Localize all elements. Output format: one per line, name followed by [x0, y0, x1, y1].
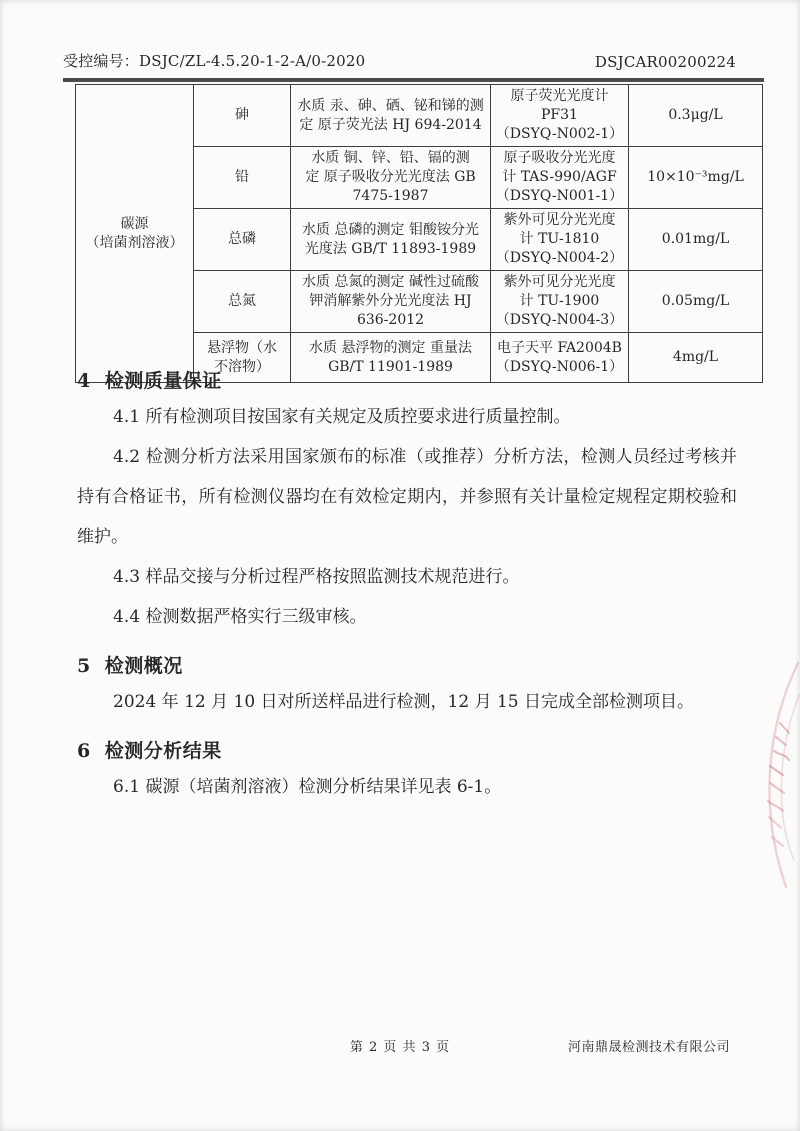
- section-6-heading: 6检测分析结果: [77, 736, 737, 763]
- company-name: 河南鼎晟检测技术有限公司: [568, 1036, 730, 1055]
- section-4-title: 检测质量保证: [105, 370, 222, 392]
- cell-sample-name: 碳源 （培菌剂溶液）: [76, 85, 194, 383]
- page-footer: 第 2 页 共 3 页 河南鼎晟检测技术有限公司: [0, 1036, 800, 1055]
- control-number-label: 受控编号：: [63, 52, 139, 70]
- cell-parameter: 铅: [194, 147, 291, 209]
- control-number-value: DSJC/ZL-4.5.20-1-2-A/0-2020: [139, 52, 365, 70]
- cell-parameter: 总磷: [194, 209, 291, 271]
- cell-method: 水质 总磷的测定 钼酸铵分光 光度法 GB/T 11893-1989: [291, 209, 491, 271]
- document-body: 4检测质量保证 4.1 所有检测项目按国家有关规定及质控要求进行质量控制。 4.…: [77, 352, 737, 807]
- cell-parameter: 总氮: [194, 271, 291, 333]
- cell-instrument: 原子吸收分光光度 计 TAS-990/AGF （DSYQ-N001-1）: [491, 147, 629, 209]
- cell-instrument: 紫外可见分光光度 计 TU-1900 （DSYQ-N004-3）: [491, 271, 629, 333]
- paragraph-4-2: 4.2 检测分析方法采用国家颁布的标准（或推荐）分析方法，检测人员经过考核并持有…: [77, 437, 737, 557]
- paragraph-6-1: 6.1 碳源（培菌剂溶液）检测分析结果详见表 6-1。: [77, 767, 737, 807]
- section-6-title: 检测分析结果: [105, 740, 222, 762]
- document-page: 受控编号：DSJC/ZL-4.5.20-1-2-A/0-2020 DSJCAR0…: [0, 0, 800, 1131]
- cell-detection-limit: 0.3μg/L: [629, 85, 763, 147]
- section-4-heading: 4检测质量保证: [77, 366, 737, 393]
- table-row: 碳源 （培菌剂溶液） 砷 水质 汞、砷、硒、铋和锑的测 定 原子荧光法 HJ 6…: [76, 85, 763, 147]
- cell-method: 水质 总氮的测定 碱性过硫酸 钾消解紫外分光光度法 HJ 636-2012: [291, 271, 491, 333]
- control-number-line: 受控编号：DSJC/ZL-4.5.20-1-2-A/0-2020: [63, 50, 365, 71]
- section-6-number: 6: [77, 740, 91, 762]
- report-code: DSJCAR00200224: [595, 53, 736, 71]
- section-4-number: 4: [77, 370, 91, 392]
- paragraph-4-4: 4.4 检测数据严格实行三级审核。: [77, 597, 737, 637]
- paragraph-4-3: 4.3 样品交接与分析过程严格按照监测技术规范进行。: [77, 557, 737, 597]
- cell-method: 水质 铜、锌、铅、镉的测 定 原子吸收分光光度法 GB 7475-1987: [291, 147, 491, 209]
- cell-method: 水质 汞、砷、硒、铋和锑的测 定 原子荧光法 HJ 694-2014: [291, 85, 491, 147]
- header-divider: [63, 78, 764, 82]
- cell-instrument: 原子荧光光度计 PF31 （DSYQ-N002-1）: [491, 85, 629, 147]
- cell-detection-limit: 0.01mg/L: [629, 209, 763, 271]
- cell-parameter: 砷: [194, 85, 291, 147]
- page-header: 受控编号：DSJC/ZL-4.5.20-1-2-A/0-2020 DSJCAR0…: [63, 50, 736, 71]
- section-5-number: 5: [77, 655, 91, 677]
- paragraph-4-1: 4.1 所有检测项目按国家有关规定及质控要求进行质量控制。: [77, 397, 737, 437]
- method-table: 碳源 （培菌剂溶液） 砷 水质 汞、砷、硒、铋和锑的测 定 原子荧光法 HJ 6…: [75, 84, 763, 383]
- cell-instrument: 紫外可见分光光度 计 TU-1810 （DSYQ-N004-2）: [491, 209, 629, 271]
- section-5-title: 检测概况: [105, 655, 183, 677]
- red-stamp-partial-icon: [742, 655, 800, 895]
- paragraph-5-body: 2024 年 12 月 10 日对所送样品进行检测，12 月 15 日完成全部检…: [77, 682, 737, 722]
- cell-detection-limit: 10×10⁻³mg/L: [629, 147, 763, 209]
- section-5-heading: 5检测概况: [77, 651, 737, 678]
- cell-detection-limit: 0.05mg/L: [629, 271, 763, 333]
